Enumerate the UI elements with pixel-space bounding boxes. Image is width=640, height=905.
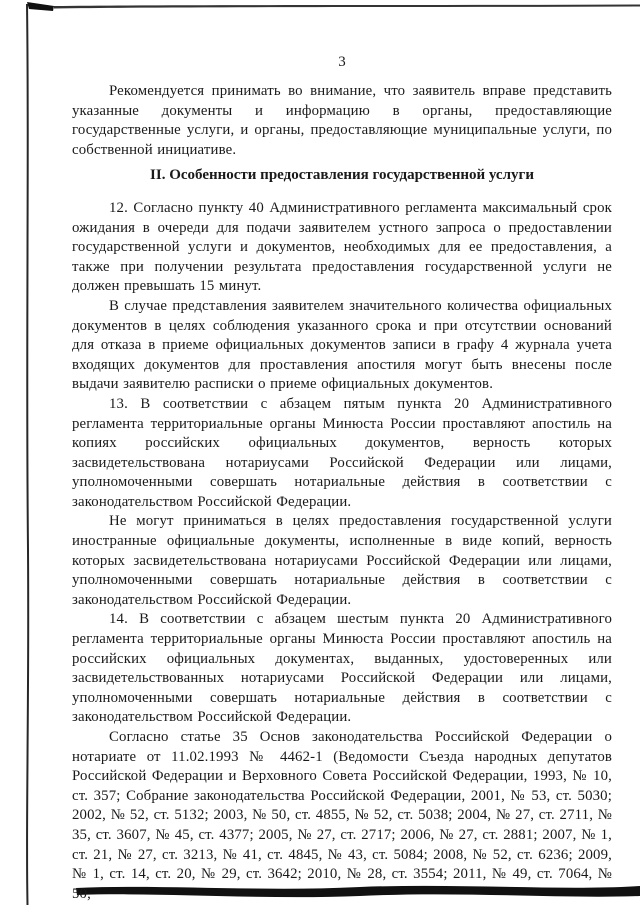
paragraph-item-14: 14. В соответствии с абзацем шестым пунк… — [72, 610, 612, 728]
scan-mark-top-left-icon — [27, 2, 54, 11]
scan-edge-left — [26, 4, 29, 905]
page-number: 3 — [72, 53, 612, 71]
intro-paragraph: Рекомендуется принимать во внимание, что… — [72, 82, 612, 160]
paragraph-item-12: 12. Согласно пункту 40 Административного… — [72, 199, 612, 297]
paragraph-notariat-citation: Согласно статье 35 Основ законодательств… — [72, 728, 612, 904]
scan-edge-top — [54, 5, 640, 9]
document-page: 3 Рекомендуется принимать во внимание, ч… — [0, 0, 640, 905]
page-content: Рекомендуется принимать во внимание, что… — [72, 82, 612, 904]
section-heading: II. Особенности предоставления государст… — [72, 166, 612, 186]
paragraph-item-13: 13. В соответствии с абзацем пятым пункт… — [72, 395, 612, 513]
paragraph-journal-note: В случае представления заявителем значит… — [72, 297, 612, 395]
paragraph-foreign-docs: Не могут приниматься в целях предоставле… — [72, 512, 612, 610]
